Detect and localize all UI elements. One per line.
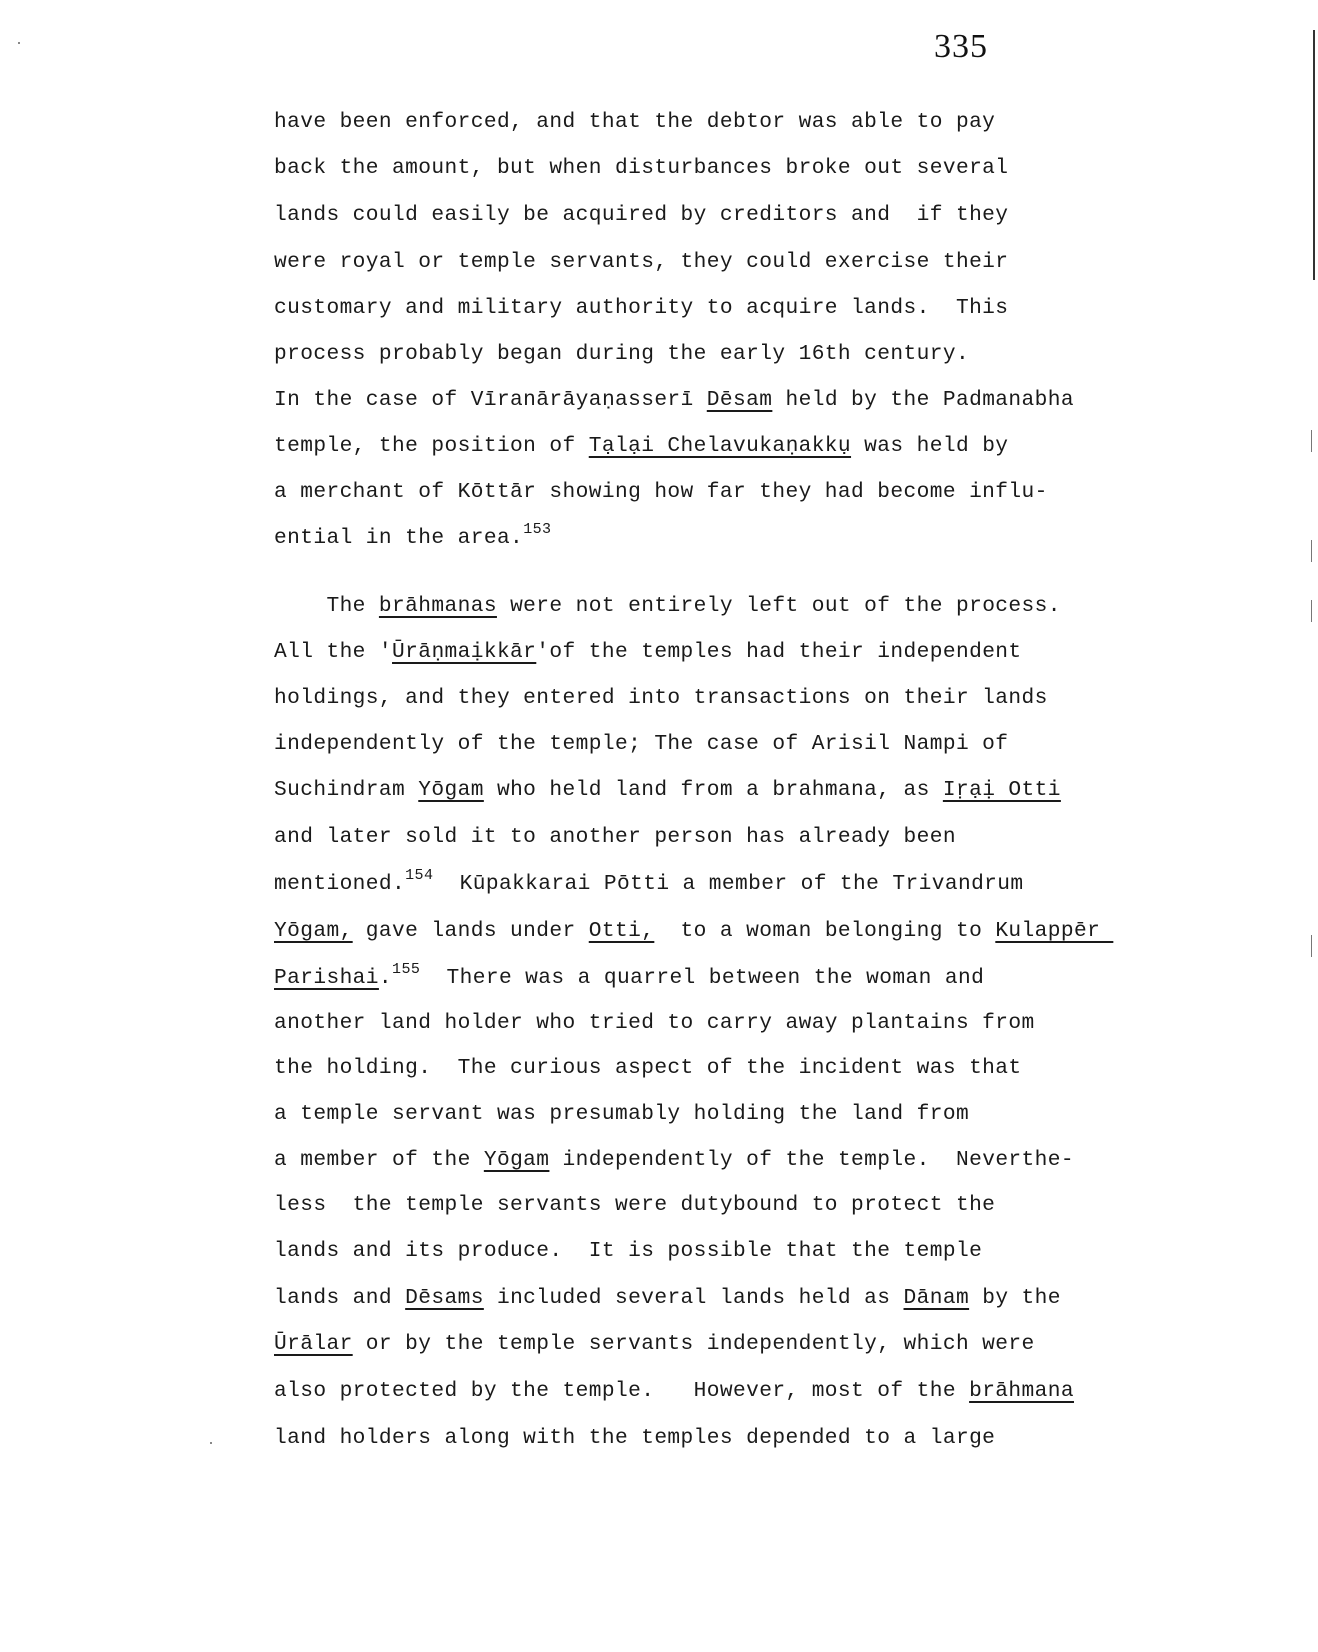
text-run: Suchindram	[274, 778, 418, 802]
text-line: independently of the temple; The case of…	[274, 734, 1008, 755]
text-line: less the temple servants were dutybound …	[274, 1195, 995, 1216]
scan-edge-mark	[1311, 430, 1312, 452]
text-run: the holding. The curious aspect of the i…	[274, 1056, 1022, 1080]
text-line: a merchant of Kōttār showing how far the…	[274, 482, 1048, 503]
underlined-term: Yōgam,	[274, 919, 353, 943]
text-run: ential in the area.	[274, 526, 523, 550]
text-run: back the amount, but when disturbances b…	[274, 156, 1008, 180]
scan-edge-line	[1313, 30, 1315, 280]
text-line: process probably began during the early …	[274, 344, 969, 365]
text-run: less the temple servants were dutybound …	[274, 1193, 995, 1217]
text-run: mentioned.	[274, 872, 405, 896]
text-run: Kūpakkarai Pōtti a member of the Trivand…	[433, 872, 1023, 896]
text-run: another land holder who tried to carry a…	[274, 1011, 1035, 1035]
scan-speck	[210, 1442, 212, 1444]
underlined-term: Yōgam	[484, 1148, 550, 1172]
text-run: by the	[969, 1286, 1061, 1310]
text-line: back the amount, but when disturbances b…	[274, 158, 1008, 179]
text-run: a temple servant was presumably holding …	[274, 1102, 969, 1126]
text-run: a member of the	[274, 1148, 484, 1172]
text-line: In the case of Vīranārāyaṇasserī Dēsam h…	[274, 390, 1074, 411]
underlined-term: Otti,	[589, 919, 655, 943]
underlined-term: Dēsams	[405, 1286, 484, 1310]
text-run: independently of the temple. Neverthe-	[549, 1148, 1074, 1172]
text-run: to a woman belonging to	[654, 919, 995, 943]
text-line: and later sold it to another person has …	[274, 827, 956, 848]
text-run: have been enforced, and that the debtor …	[274, 110, 995, 134]
scan-speck	[18, 42, 20, 44]
text-run: were not entirely left out of the proces…	[497, 594, 1061, 618]
text-line: holdings, and they entered into transact…	[274, 688, 1048, 709]
text-run: who held land from a brahmana, as	[484, 778, 943, 802]
scan-edge-mark	[1311, 540, 1312, 562]
text-run: a merchant of Kōttār showing how far the…	[274, 480, 1048, 504]
underlined-term: Ūrāṇmaịkkār	[392, 640, 536, 664]
text-line: All the 'Ūrāṇmaịkkār'of the temples had …	[274, 642, 1022, 663]
text-run: In the case of Vīranārāyaṇasserī	[274, 388, 707, 412]
text-line: were royal or temple servants, they coul…	[274, 252, 1008, 273]
text-line: ential in the area.153	[274, 528, 551, 549]
text-run: independently of the temple; The case of…	[274, 732, 1008, 756]
text-run: also protected by the temple. However, m…	[274, 1379, 969, 1403]
text-line: another land holder who tried to carry a…	[274, 1013, 1035, 1034]
underlined-term: brāhmanas	[379, 594, 497, 618]
text-line: lands and its produce. It is possible th…	[274, 1241, 982, 1262]
text-run: 'of the temples had their independent	[536, 640, 1021, 664]
text-run: were royal or temple servants, they coul…	[274, 250, 1008, 274]
text-line: The brāhmanas were not entirely left out…	[274, 596, 1061, 617]
text-line: land holders along with the temples depe…	[274, 1428, 995, 1449]
text-run: held by the Padmanabha	[772, 388, 1074, 412]
text-line: lands could easily be acquired by credit…	[274, 205, 1008, 226]
text-line: temple, the position of Tạlại Chelavukaṇ…	[274, 436, 1008, 457]
text-line: Yōgam, gave lands under Otti, to a woman…	[274, 921, 1113, 942]
text-run: holdings, and they entered into transact…	[274, 686, 1048, 710]
footnote-ref: 154	[405, 867, 433, 884]
footnote-ref: 155	[392, 961, 420, 978]
text-run: was held by	[851, 434, 1008, 458]
underlined-term: Iṛạị Otti	[943, 778, 1061, 802]
text-run: and later sold it to another person has …	[274, 825, 956, 849]
text-line: a temple servant was presumably holding …	[274, 1104, 969, 1125]
text-line: Parishai.155 There was a quarrel between…	[274, 968, 984, 989]
text-run: .	[379, 966, 392, 990]
text-run: customary and military authority to acqu…	[274, 296, 1008, 320]
text-line: Suchindram Yōgam who held land from a br…	[274, 780, 1061, 801]
underlined-term: Dēsam	[707, 388, 773, 412]
footnote-ref: 153	[523, 521, 551, 538]
text-run: The	[274, 594, 379, 618]
text-line: also protected by the temple. However, m…	[274, 1381, 1074, 1402]
underlined-term: Ūrālar	[274, 1332, 353, 1356]
underlined-term: Kulappēr	[995, 919, 1113, 943]
text-run: lands could easily be acquired by credit…	[274, 203, 1008, 227]
text-run: process probably began during the early …	[274, 342, 969, 366]
underlined-term: Yōgam	[418, 778, 484, 802]
text-run: All the '	[274, 640, 392, 664]
text-run: lands and its produce. It is possible th…	[274, 1239, 982, 1263]
scan-edge-mark	[1311, 600, 1312, 622]
text-run: temple, the position of	[274, 434, 589, 458]
text-line: customary and military authority to acqu…	[274, 298, 1008, 319]
text-line: a member of the Yōgam independently of t…	[274, 1150, 1074, 1171]
text-line: mentioned.154 Kūpakkarai Pōtti a member …	[274, 874, 1024, 895]
underlined-term: brāhmana	[969, 1379, 1074, 1403]
page-number: 335	[934, 28, 988, 66]
text-run: land holders along with the temples depe…	[274, 1426, 995, 1450]
text-run: lands and	[274, 1286, 405, 1310]
text-run: or by the temple servants independently,…	[353, 1332, 1035, 1356]
underlined-term: Parishai	[274, 966, 379, 990]
text-run: There was a quarrel between the woman an…	[420, 966, 984, 990]
text-line: have been enforced, and that the debtor …	[274, 112, 995, 133]
text-run: included several lands held as	[484, 1286, 904, 1310]
text-line: the holding. The curious aspect of the i…	[274, 1058, 1022, 1079]
underlined-term: Tạlại Chelavukaṇakkụ	[589, 434, 851, 458]
text-line: lands and Dēsams included several lands …	[274, 1288, 1061, 1309]
text-run: gave lands under	[353, 919, 589, 943]
scan-edge-mark	[1311, 935, 1312, 957]
underlined-term: Dānam	[904, 1286, 970, 1310]
text-line: Ūrālar or by the temple servants indepen…	[274, 1334, 1035, 1355]
